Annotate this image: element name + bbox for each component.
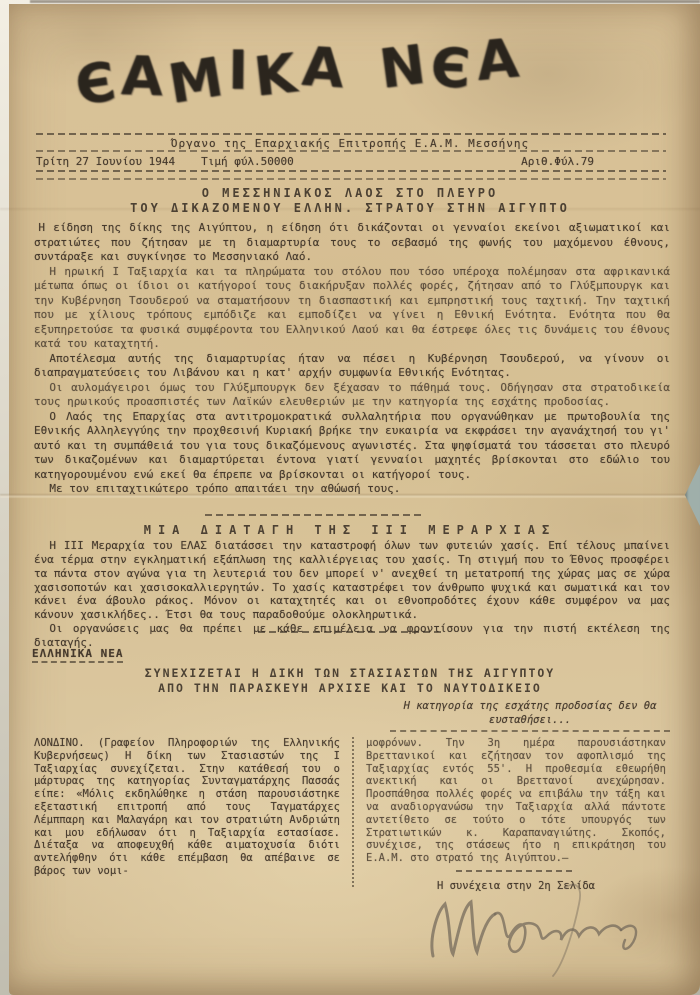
- issue-price: Τιμή φύλ.50000: [201, 155, 294, 168]
- greek-news-headline-line1: ΣΥΝΕΧΙΖΕΤΑΙ Η ΔΙΚΗ ΤΩΝ ΣΤΑΣΙΑΣΤΩΝ ΤΗΣ ΑΙ…: [0, 666, 700, 680]
- paragraph: Η ΙΙΙ Μεραρχία του ΕΛΑΣ διατάσσει την κα…: [34, 539, 670, 622]
- dateline: Τρίτη 27 Ιουνίου 1944 Τιμή φύλ.50000 Αρι…: [36, 155, 666, 168]
- story-column-left: ΛΟΝΔΙΝΟ. (Γραφείον Πληροφοριών της Ελλην…: [34, 737, 340, 897]
- article2-body: Η ΙΙΙ Μεραρχία του ΕΛΑΣ διατάσσει την κα…: [34, 539, 670, 650]
- greek-news-kicker: Η κατηγορία της εσχάτης προδοσίας δεν θα…: [390, 700, 670, 732]
- dashed-rule: [258, 631, 443, 633]
- column-divider: [352, 737, 354, 887]
- paragraph: Οι αυλομάγειροι όμως του Γλύξμπουργκ δεν…: [34, 381, 670, 410]
- paragraph: Αποτέλεσμα αυτής της διαμαρτυρίας ήταν ν…: [34, 352, 670, 381]
- story-column-right: μοφρόνων. Την 3η ημέρα παρουσιάστηκαν Βρ…: [366, 737, 666, 897]
- greek-news-headline-line2: ΑΠΟ ΤΗΝ ΠΑΡΑΣΚΕΥΗ ΑΡΧΙΣΕ ΚΑΙ ΤΟ ΝΑΥΤΟΔΙΚ…: [0, 681, 700, 695]
- paper-top-edge: [30, 0, 700, 3]
- dashed-rule: [205, 514, 425, 516]
- issue-number: Αριθ.Φύλ.79: [521, 155, 594, 168]
- dashed-rule: [36, 150, 666, 152]
- column-right-text: μοφρόνων. Την 3η ημέρα παρουσιάστηκαν Βρ…: [366, 737, 666, 864]
- article2-headline: ΜΙΑ ΔΙΑΤΑΓΗ ΤΗΣ ΙΙΙ ΜΕΡΑΡΧΙΑΣ: [0, 523, 700, 537]
- dashed-rule: [36, 133, 666, 135]
- two-column-story: ΛΟΝΔΙΝΟ. (Γραφείον Πληροφοριών της Ελλην…: [34, 737, 670, 897]
- paragraph: Η ηρωική Ι Ταξιαρχία και τα πληρώματα το…: [34, 265, 670, 352]
- spacer: [175, 155, 201, 168]
- dashed-rule: [36, 178, 666, 180]
- paragraph: Με τον επιταχτικώτερο τρόπο απαιτάει την…: [34, 482, 670, 497]
- issue-date: Τρίτη 27 Ιουνίου 1944: [36, 155, 175, 168]
- newspaper-subtitle: Όργανο της Επαρχιακής Επιτροπής Ε.Α.Μ. Μ…: [0, 137, 700, 150]
- paragraph: Ο Λαός της Επαρχίας στα αντιτρομοκρατικά…: [34, 410, 670, 483]
- scanned-newspaper-page: ЄΑΜΙΚΑ ΝЄΑ Όργανο της Επαρχιακής Επιτροπ…: [0, 0, 700, 995]
- dashed-rule: [36, 170, 666, 172]
- article1-headline-line2: ΤΟΥ ΔΙΚΑΖΟΜΕΝΟΥ ΕΛΛΗΝ. ΣΤΡΑΤΟΥ ΣΤΗΝ ΑΙΓΥ…: [0, 201, 700, 215]
- pencil-signature: [415, 878, 695, 988]
- article1-headline-line1: Ο ΜΕΣΣΗΝΙΑΚΟΣ ΛΑΟΣ ΣΤΟ ΠΛΕΥΡΟ: [0, 186, 700, 200]
- dashed-rule: [456, 870, 576, 872]
- paragraph: Οι οργανώσεις μας θα πρέπει με κάθε επιμ…: [34, 622, 670, 650]
- paragraph: Η είδηση της δίκης της Αιγύπτου, η είδησ…: [34, 221, 670, 265]
- section-label-greek-news: ΕΛΛΗΝΙΚΑ ΝΕΑ: [32, 647, 123, 663]
- article1-body: Η είδηση της δίκης της Αιγύπτου, η είδησ…: [34, 221, 670, 497]
